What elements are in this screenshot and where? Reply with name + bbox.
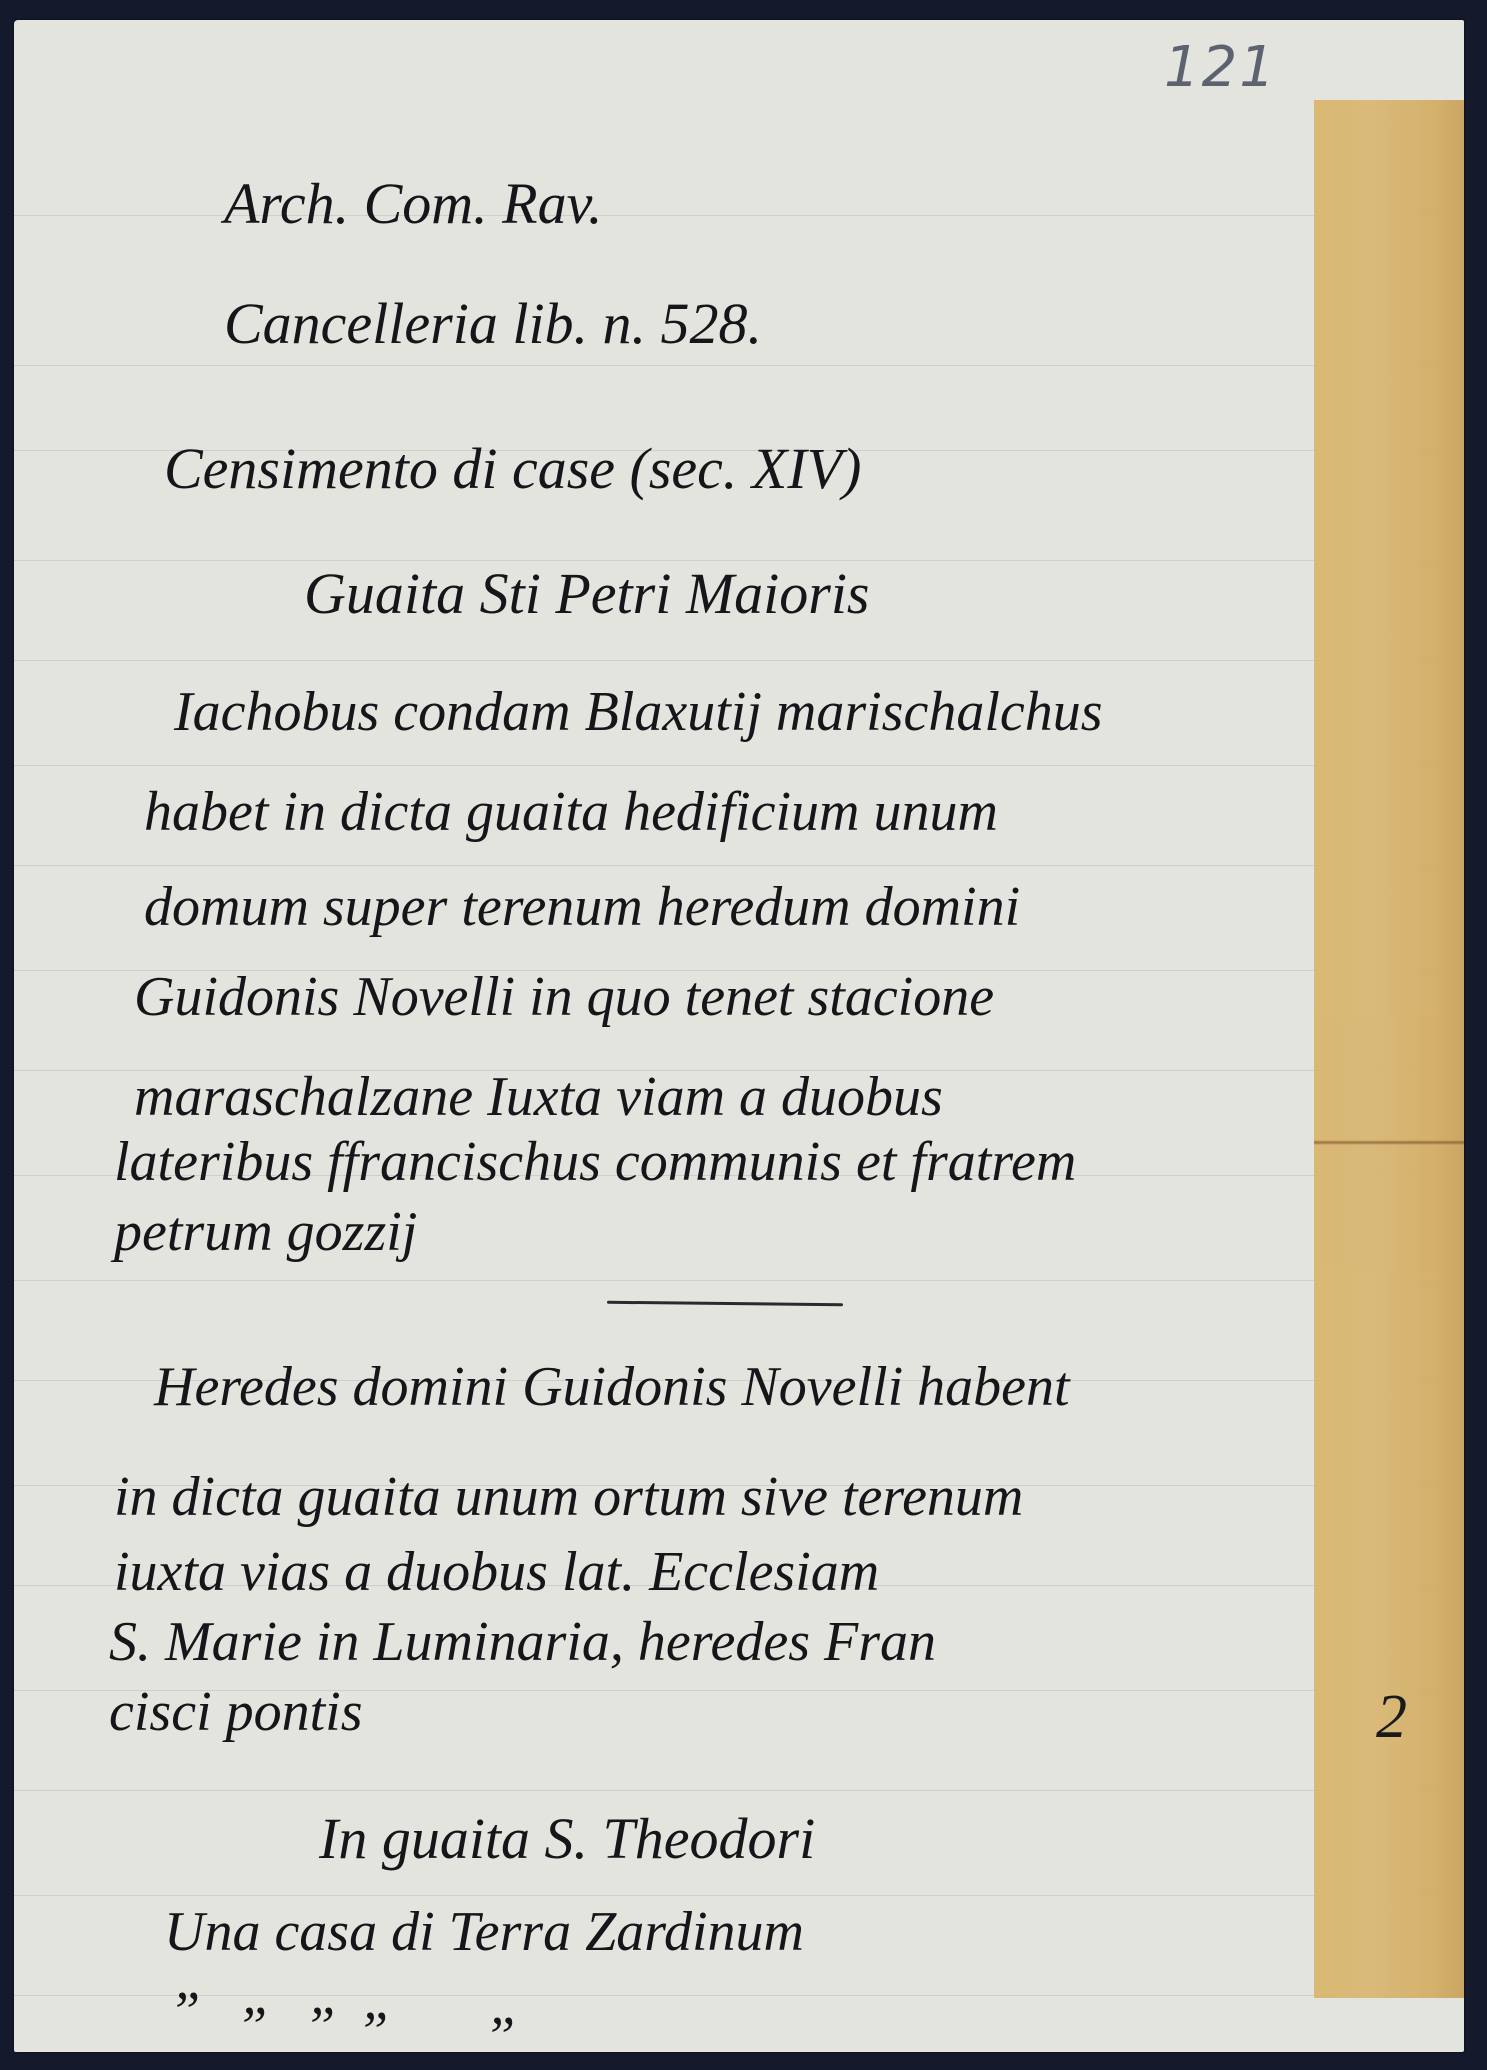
- ditto-mark: ”: [484, 2005, 515, 2052]
- ditto-mark: ”: [169, 1980, 200, 2044]
- entry-line: iuxta vias a duobus lat. Ecclesiam: [114, 1540, 879, 1604]
- entry-line: Heredes domini Guidonis Novelli habent: [154, 1355, 1070, 1419]
- ruled-line: [14, 365, 1464, 366]
- entry-line: petrum gozzij: [114, 1200, 417, 1264]
- entry-line: in dicta guaita unum ortum sive terenum: [114, 1465, 1023, 1529]
- entry-line: domum super terenum heredum domini: [144, 875, 1020, 939]
- ruled-line: [14, 865, 1464, 866]
- document-title: Censimento di case (sec. XIV): [164, 435, 861, 502]
- ditto-mark: ”: [357, 2000, 388, 2052]
- entry-line: Una casa di Terra Zardinum: [164, 1900, 804, 1964]
- entry-line: S. Marie in Luminaria, heredes Fran: [109, 1610, 936, 1674]
- ditto-mark: ”: [236, 1995, 267, 2052]
- margin-note-number: 2: [1376, 1682, 1407, 1753]
- archive-reference: Arch. Com. Rav.: [224, 170, 603, 237]
- tape-crease: [1314, 1140, 1464, 1145]
- ditto-mark: ”: [304, 1995, 335, 2052]
- ruled-line: [14, 660, 1464, 661]
- entry-line: habet in dicta guaita hedificium unum: [144, 780, 998, 844]
- section-divider: [607, 1301, 843, 1306]
- ruled-line: [14, 765, 1464, 766]
- register-reference: Cancelleria lib. n. 528.: [224, 290, 762, 357]
- ruled-line: [14, 1895, 1464, 1896]
- folio-number: 121: [1164, 35, 1277, 100]
- entry-line: Iachobus condam Blaxutij marischalchus: [174, 680, 1103, 744]
- ruled-line: [14, 1280, 1464, 1281]
- entry-line: maraschalzane Iuxta viam a duobus: [134, 1065, 943, 1129]
- entry-line: Guidonis Novelli in quo tenet stacione: [134, 965, 994, 1029]
- entry-line: lateribus ffrancischus communis et fratr…: [114, 1130, 1076, 1194]
- ruled-line: [14, 1790, 1464, 1791]
- entry-line: cisci pontis: [109, 1680, 363, 1744]
- manuscript-page: 121 Arch. Com. Rav. Cancelleria lib. n. …: [14, 20, 1464, 2052]
- section-heading-guaita-theodori: In guaita S. Theodori: [319, 1805, 815, 1872]
- ruled-line: [14, 1995, 1464, 1996]
- section-heading-guaita-petri: Guaita Sti Petri Maioris: [304, 560, 870, 627]
